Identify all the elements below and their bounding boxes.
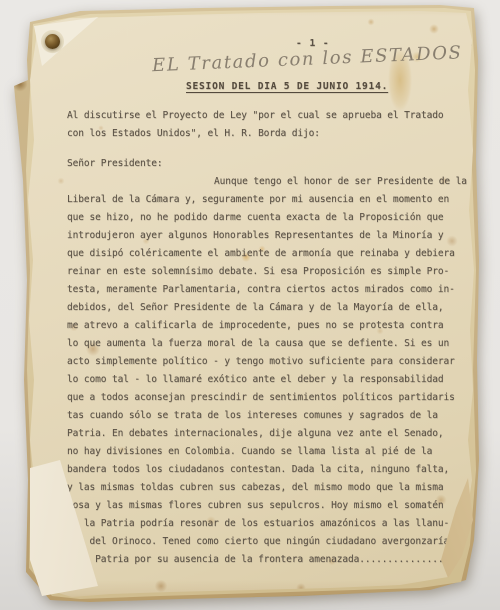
typed-line: reinar en este solemnísimo debate. Si es… [67,263,469,281]
intro-line: Al discutirse el Proyecto de Ley "por el… [67,107,469,125]
typed-line: que disipó coléricamente el ambiente de … [67,245,469,263]
salutation: Señor Presidente: [67,155,469,173]
typed-line: no hay divisiones en Colombia. Cuando se… [67,443,469,461]
typed-line: ras del Orinoco. Tened como cierto que n… [67,533,469,551]
paper-stack: - 1 - SESION DEL DIA 5 DE JUNIO 1914. Al… [0,0,500,610]
typed-line: que se hizo, no he podido darme cuenta e… [67,209,469,227]
typed-line: a su Patria por su ausencia de la fronte… [67,551,469,569]
typed-line: losa y las mismas flores cubren sus sepu… [67,497,469,515]
typed-line: lo que aumenta la fuerza moral de la cau… [67,335,469,353]
typed-line: que a todos aconsejan prescindir de sent… [67,389,469,407]
typed-line: debidos, del Señor Presidente de la Cáma… [67,299,469,317]
typed-line: de la Patria podría resonar de los estua… [67,515,469,533]
intro-line: con los Estados Unidos", el H. R. Borda … [67,125,469,143]
typed-line: Aunque tengo el honor de ser Presidente … [67,173,469,191]
typed-line: acto simplemente político - y tengo moti… [67,353,469,371]
paragraph-gap [67,143,469,155]
brass-fastener [45,34,60,49]
typed-line: me atrevo a calificarla de improcedente,… [67,317,469,335]
typed-line: introdujeron ayer algunos Honorables Rep… [67,227,469,245]
typed-text-block: Al discutirse el Proyecto de Ley "por el… [67,107,469,569]
typed-line: y las mismas toldas cubren sus cabezas, … [67,479,469,497]
typed-line: bandera todos los ciudadanos contestan. … [67,461,469,479]
session-heading: SESION DEL DIA 5 DE JUNIO 1914. [186,81,388,92]
typed-line: Patria. En debates internacionales, dije… [67,425,469,443]
photo-background: - 1 - SESION DEL DIA 5 DE JUNIO 1914. Al… [0,0,500,610]
typed-line: testa, meramente Parlamentaria, contra c… [67,281,469,299]
typed-line: tas cuando sólo se trata de los interese… [67,407,469,425]
typed-line: Liberal de la Cámara y, seguramente por … [67,191,469,209]
typed-line: lo como tal - lo llamaré exótico ante el… [67,371,469,389]
